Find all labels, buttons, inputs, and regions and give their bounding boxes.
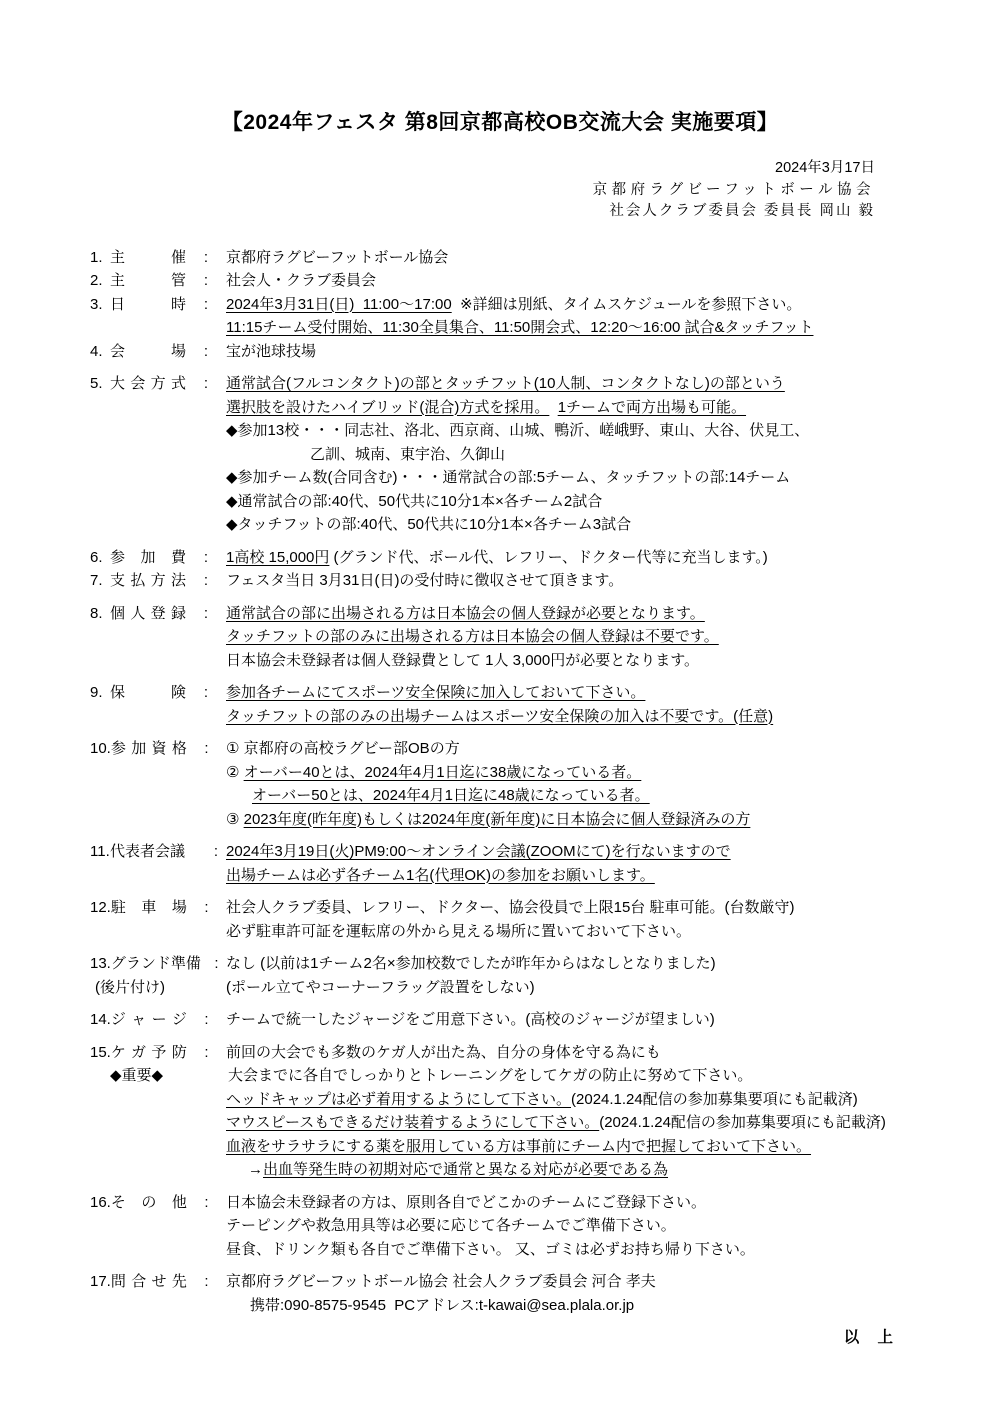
item-label: 会場 [110,340,186,364]
item-row: 2.主管:社会人・クラブ委員会 [90,269,960,293]
item-number: 13. [90,952,111,976]
item-line: なし (以前は1チーム2名×参加校数でしたが昨年からはなしとなりました) [226,952,960,976]
item-body: 通常試合(フルコンタクト)の部とタッチフット(10人制、コンタクトなし)の部とい… [226,372,960,537]
item-label: 代表者会議 [110,840,206,864]
text-segment: 携帯:090-8575-9545 PCアドレス:t-kawai@sea.plal… [250,1297,634,1314]
item-number: 12. [90,896,111,920]
item-heading: 17.問合せ先: [90,1270,226,1294]
item-heading: 1.主催: [90,246,226,270]
text-segment: ③ [226,811,244,828]
text-segment: 京都府ラグビーフットボール協会 社会人クラブ委員会 河合 孝夫 [226,1273,656,1290]
item-row: 17.問合せ先:京都府ラグビーフットボール協会 社会人クラブ委員会 河合 孝夫携… [90,1270,960,1317]
item-number: 14. [90,1008,111,1032]
item-line: タッチフットの部のみの出場チームはスポーツ安全保険の加入は不要です。(任意) [226,705,960,729]
item-number: 11. [90,840,110,864]
item-line: 11:15チーム受付開始、11:30全員集合、11:50開会式、12:20～16… [226,316,960,340]
item-line: 1高校 15,000円 (グランド代、ボール代、レフリー、ドクター代等に充当しま… [226,546,960,570]
item-label: 個人登録 [110,602,186,626]
item-line: 社会人・クラブ委員会 [226,269,960,293]
item-label: その他 [111,1191,187,1215]
document-header: 2024年3月17日 京都府ラグビーフットボール協会 社会人クラブ委員会 委員長… [0,158,1000,223]
text-segment: (グランド代、ボール代、レフリー、ドクター代等に充当します。) [329,549,767,566]
text-segment: 2024年3月19日(火)PM9:00～オンライン会議(ZOOMにて)を行ないま… [226,843,731,860]
item-number: 3. [90,293,110,317]
text-segment: 参加各チームにてスポーツ安全保険に加入しておいて下さい。 [226,684,645,701]
item-number: 2. [90,269,110,293]
item-label: ジャージ [111,1008,187,1032]
item-number: 17. [90,1270,111,1294]
item-colon: : [186,372,226,396]
item-row: 4.会場:宝が池球技場 [90,340,960,364]
item-label: 主管 [110,269,186,293]
item-line: オーバー50とは、2024年4月1日迄に48歳になっている者。 [226,784,960,808]
item-body: 2024年3月19日(火)PM9:00～オンライン会議(ZOOMにて)を行ないま… [226,840,960,887]
item-line: 乙訓、城南、東宇治、久御山 [226,443,960,467]
text-segment: 社会人・クラブ委員会 [226,272,376,289]
item-number: 6. [90,546,110,570]
item-left-column: 12.駐車場: [90,896,226,920]
item-colon: : [207,952,226,976]
items-list: 1.主催:京都府ラグビーフットボール協会2.主管:社会人・クラブ委員会3.日時:… [90,246,960,1318]
item-label: 問合せ先 [111,1270,187,1294]
text-segment: オーバー50とは、2024年4月1日迄に48歳になっている者。 [252,787,650,804]
item-colon: : [187,1191,226,1215]
item-line: 社会人クラブ委員、レフリー、ドクター、協会役員で上限15台 駐車可能。(台数厳守… [226,896,960,920]
text-segment: 前回の大会でも多数のケガ人が出た為、自分の身体を守る為にも [226,1044,661,1061]
item-number: 7. [90,569,110,593]
item-heading: 14.ジャージ: [90,1008,226,1032]
text-segment: 出場チームは必ず各チーム1名(代理OK)の参加をお願いします。 [226,867,655,884]
item-number: 8. [90,602,110,626]
item-heading: 3.日時: [90,293,226,317]
item-line: 選択肢を設けたハイブリッド(混合)方式を採用。 1チームで両方出場も可能。 [226,396,960,420]
item-row: 10.参加資格:① 京都府の高校ラグビー部OBの方② オーバー40とは、2024… [90,737,960,831]
text-segment: マウスピースもできるだけ装着するようにして下さい。 [226,1114,599,1131]
item-number: 9. [90,681,110,705]
text-segment: ① 京都府の高校ラグビー部OBの方 [226,740,460,757]
item-heading: 15.ケガ予防: [90,1041,226,1065]
item-heading: 16.その他: [90,1191,226,1215]
item-number: 10. [90,737,111,761]
item-row: 9.保険:参加各チームにてスポーツ安全保険に加入しておいて下さい。タッチフットの… [90,681,960,728]
item-heading: 13.グランド準備: [90,952,226,976]
text-segment: 1高校 15,000円 [226,549,329,566]
item-body: 社会人クラブ委員、レフリー、ドクター、協会役員で上限15台 駐車可能。(台数厳守… [226,896,960,943]
text-segment: 社会人クラブ委員、レフリー、ドクター、協会役員で上限15台 駐車可能。(台数厳守… [226,899,794,916]
item-body: 宝が池球技場 [226,340,960,364]
item-line: タッチフットの部のみに出場される方は日本協会の個人登録は不要です。 [226,625,960,649]
text-segment: (2024.1.24配信の参加募集要項にも記載済) [571,1091,858,1108]
text-segment: 必ず駐車許可証を運転席の外から見える場所に置いておいて下さい。 [226,923,691,940]
item-line: 昼食、ドリンク類も各自でご準備下さい。 又、ゴミは必ずお持ち帰り下さい。 [226,1238,960,1262]
item-line: 京都府ラグビーフットボール協会 社会人クラブ委員会 河合 孝夫 [226,1270,960,1294]
item-left-column: 6.参加費: [90,546,226,570]
item-line: ③ 2023年度(昨年度)もしくは2024年度(新年度)に日本協会に個人登録済み… [226,808,960,832]
item-line: 大会までに各自でしっかりとトレーニングをしてケガの防止に努めて下さい。 [226,1064,960,1088]
text-segment: 乙訓、城南、東宇治、久御山 [310,446,505,463]
item-line: 日本協会未登録者の方は、原則各自でどこかのチームにご登録下さい。 [226,1191,960,1215]
text-segment: 11:15チーム受付開始、11:30全員集合、11:50開会式、12:20～16… [226,319,813,336]
item-heading: 11.代表者会議: [90,840,226,864]
item-label: ケガ予防 [111,1041,187,1065]
item-body: 日本協会未登録者の方は、原則各自でどこかのチームにご登録下さい。テーピングや救急… [226,1191,960,1262]
item-sublabel: ◆重要◆ [90,1064,226,1088]
item-label: 支払方法 [110,569,186,593]
item-body: フェスタ当日 3月31日(日)の受付時に徴収させて頂きます。 [226,569,960,593]
item-row: 6.参加費:1高校 15,000円 (グランド代、ボール代、レフリー、ドクター代… [90,546,960,570]
item-row: 15.ケガ予防:◆重要◆前回の大会でも多数のケガ人が出た為、自分の身体を守る為に… [90,1041,960,1182]
item-left-column: 9.保険: [90,681,226,705]
header-organization: 京都府ラグビーフットボール協会 [0,180,875,202]
closing-mark: 以 上 [0,1325,1000,1347]
header-date: 2024年3月17日 [0,158,875,180]
item-left-column: 17.問合せ先: [90,1270,226,1294]
text-segment: なし (以前は1チーム2名×参加校数でしたが昨年からはなしとなりました) [226,955,716,972]
item-colon: : [206,840,226,864]
item-left-column: 11.代表者会議: [90,840,226,864]
item-line: 通常試合の部に出場される方は日本協会の個人登録が必要となります。 [226,602,960,626]
item-label: 駐車場 [111,896,187,920]
text-segment: 出血等発生時の初期対応で通常と異なる対応が必要である為 [263,1161,668,1178]
item-line: フェスタ当日 3月31日(日)の受付時に徴収させて頂きます。 [226,569,960,593]
item-colon: : [186,293,226,317]
item-colon: : [186,340,226,364]
item-left-column: 7.支払方法: [90,569,226,593]
item-label: グランド準備 [111,952,207,976]
item-line: 携帯:090-8575-9545 PCアドレス:t-kawai@sea.plal… [226,1294,960,1318]
item-line: 出場チームは必ず各チーム1名(代理OK)の参加をお願いします。 [226,864,960,888]
item-line: ◆参加13校・・・同志社、洛北、西京商、山城、鴨沂、嵯峨野、東山、大谷、伏見工、 [226,419,960,443]
text-segment: ◆タッチフットの部:40代、50代共に10分1本×各チーム3試合 [226,516,631,533]
item-line: 宝が池球技場 [226,340,960,364]
document-page: 【2024年フェスタ 第8回京都高校OB交流大会 実施要項】 2024年3月17… [0,0,1000,1414]
item-left-column: 2.主管: [90,269,226,293]
item-line: ① 京都府の高校ラグビー部OBの方 [226,737,960,761]
item-heading: 12.駐車場: [90,896,226,920]
text-segment: 京都府ラグビーフットボール協会 [226,249,448,266]
item-number: 15. [90,1041,111,1065]
item-row: 12.駐車場:社会人クラブ委員、レフリー、ドクター、協会役員で上限15台 駐車可… [90,896,960,943]
item-number: 1. [90,246,110,270]
item-heading: 10.参加資格: [90,737,226,761]
item-colon: : [186,681,226,705]
item-heading: 2.主管: [90,269,226,293]
text-segment: 通常試合の部に出場される方は日本協会の個人登録が必要となります。 [226,605,705,622]
text-segment: 宝が池球技場 [226,343,316,360]
text-segment: ◆通常試合の部:40代、50代共に10分1本×各チーム2試合 [226,493,602,510]
item-number: 16. [90,1191,111,1215]
item-left-column: 13.グランド準備:(後片付け) [90,952,226,999]
header-committee-chair: 社会人クラブ委員会 委員長 岡山 毅 [0,201,875,223]
item-left-column: 14.ジャージ: [90,1008,226,1032]
item-row: 14.ジャージ:チームで統一したジャージをご用意下さい。(高校のジャージが望まし… [90,1008,960,1032]
text-segment: タッチフットの部のみに出場される方は日本協会の個人登録は不要です。 [226,628,719,645]
item-left-column: 15.ケガ予防:◆重要◆ [90,1041,226,1088]
text-segment: 昼食、ドリンク類も各自でご準備下さい。 又、ゴミは必ずお持ち帰り下さい。 [226,1241,755,1258]
text-segment: → [248,1161,263,1178]
item-left-column: 3.日時: [90,293,226,317]
text-segment: フェスタ当日 3月31日(日)の受付時に徴収させて頂きます。 [226,572,623,589]
item-heading: 5.大会方式: [90,372,226,396]
text-segment: ◆参加13校・・・同志社、洛北、西京商、山城、鴨沂、嵯峨野、東山、大谷、伏見工、 [226,422,809,439]
item-label: 参加費 [110,546,186,570]
item-line: ◆参加チーム数(合同含む)・・・通常試合の部:5チーム、タッチフットの部:14チ… [226,466,960,490]
item-colon: : [187,896,226,920]
item-colon: : [186,546,226,570]
text-segment: 血液をサラサラにする薬を服用している方は事前にチーム内で把握しておいて下さい。 [226,1138,811,1155]
item-body: 通常試合の部に出場される方は日本協会の個人登録が必要となります。タッチフットの部… [226,602,960,673]
item-label: 参加資格 [111,737,187,761]
item-colon: : [186,602,226,626]
item-line: 前回の大会でも多数のケガ人が出た為、自分の身体を守る為にも [226,1041,960,1065]
item-body: 京都府ラグビーフットボール協会 社会人クラブ委員会 河合 孝夫携帯:090-85… [226,1270,960,1317]
item-left-column: 8.個人登録: [90,602,226,626]
item-heading: 9.保険: [90,681,226,705]
item-body: 1高校 15,000円 (グランド代、ボール代、レフリー、ドクター代等に充当しま… [226,546,960,570]
text-segment: タッチフットの部のみの出場チームはスポーツ安全保険の加入は不要です。(任意) [226,708,773,725]
text-segment [549,399,557,416]
item-line: ② オーバー40とは、2024年4月1日迄に38歳になっている者。 [226,761,960,785]
item-label: 日時 [110,293,186,317]
text-segment: ◆参加チーム数(合同含む)・・・通常試合の部:5チーム、タッチフットの部:14チ… [226,469,790,486]
item-row: 16.その他:日本協会未登録者の方は、原則各自でどこかのチームにご登録下さい。テ… [90,1191,960,1262]
item-number: 5. [90,372,110,396]
item-body: なし (以前は1チーム2名×参加校数でしたが昨年からはなしとなりました)(ポール… [226,952,960,999]
item-line: マウスピースもできるだけ装着するようにして下さい。(2024.1.24配信の参加… [226,1111,960,1135]
item-left-column: 4.会場: [90,340,226,364]
text-segment: 大会までに各自でしっかりとトレーニングをしてケガの防止に努めて下さい。 [228,1067,752,1084]
item-row: 8.個人登録:通常試合の部に出場される方は日本協会の個人登録が必要となります。タ… [90,602,960,673]
text-segment: 2024年3月31日(日) 11:00～17:00 [226,296,452,313]
item-heading: 6.参加費: [90,546,226,570]
item-colon: : [187,1008,226,1032]
item-colon: : [186,269,226,293]
item-left-column: 5.大会方式: [90,372,226,396]
text-segment: 1チームで両方出場も可能。 [558,399,746,416]
item-line: 通常試合(フルコンタクト)の部とタッチフット(10人制、コンタクトなし)の部とい… [226,372,960,396]
item-line: 2024年3月19日(火)PM9:00～オンライン会議(ZOOMにて)を行ないま… [226,840,960,864]
item-line: 日本協会未登録者は個人登録費として 1人 3,000円が必要となります。 [226,649,960,673]
item-line: 血液をサラサラにする薬を服用している方は事前にチーム内で把握しておいて下さい。 [226,1135,960,1159]
item-line: チームで統一したジャージをご用意下さい。(高校のジャージが望ましい) [226,1008,960,1032]
item-colon: : [187,737,226,761]
item-line: (ポール立てやコーナーフラッグ設置をしない) [226,976,960,1000]
item-colon: : [187,1041,226,1065]
item-row: 13.グランド準備:(後片付け)なし (以前は1チーム2名×参加校数でしたが昨年… [90,952,960,999]
item-label: 大会方式 [110,372,186,396]
item-colon: : [186,246,226,270]
item-body: ① 京都府の高校ラグビー部OBの方② オーバー40とは、2024年4月1日迄に3… [226,737,960,831]
document-title: 【2024年フェスタ 第8回京都高校OB交流大会 実施要項】 [0,0,1000,136]
item-line: ◆タッチフットの部:40代、50代共に10分1本×各チーム3試合 [226,513,960,537]
text-segment: 日本協会未登録者は個人登録費として 1人 3,000円が必要となります。 [226,652,699,669]
item-line: →出血等発生時の初期対応で通常と異なる対応が必要である為 [226,1158,960,1182]
item-body: 2024年3月31日(日) 11:00～17:00 ※詳細は別紙、タイムスケジュ… [226,293,960,340]
item-body: 社会人・クラブ委員会 [226,269,960,293]
item-line: 京都府ラグビーフットボール協会 [226,246,960,270]
text-segment: 日本協会未登録者の方は、原則各自でどこかのチームにご登録下さい。 [226,1194,706,1211]
item-body: 京都府ラグビーフットボール協会 [226,246,960,270]
item-line: ◆通常試合の部:40代、50代共に10分1本×各チーム2試合 [226,490,960,514]
item-colon: : [186,569,226,593]
item-number: 4. [90,340,110,364]
item-body: チームで統一したジャージをご用意下さい。(高校のジャージが望ましい) [226,1008,960,1032]
item-heading: 4.会場: [90,340,226,364]
item-line: ヘッドキャップは必ず着用するようにして下さい。(2024.1.24配信の参加募集… [226,1088,960,1112]
text-segment: チームで統一したジャージをご用意下さい。(高校のジャージが望ましい) [226,1011,715,1028]
item-row: 3.日時:2024年3月31日(日) 11:00～17:00 ※詳細は別紙、タイ… [90,293,960,340]
item-row: 1.主催:京都府ラグビーフットボール協会 [90,246,960,270]
text-segment: ② [226,764,244,781]
item-line: テーピングや救急用具等は必要に応じて各チームでご準備下さい。 [226,1214,960,1238]
text-segment: (2024.1.24配信の参加募集要項にも記載済) [599,1114,886,1131]
text-segment: (ポール立てやコーナーフラッグ設置をしない) [226,979,535,996]
item-left-column: 10.参加資格: [90,737,226,761]
text-segment: ※詳細は別紙、タイムスケジュールを参照下さい。 [452,296,802,313]
item-label: 主催 [110,246,186,270]
item-row: 11.代表者会議:2024年3月19日(火)PM9:00～オンライン会議(ZOO… [90,840,960,887]
item-colon: : [187,1270,226,1294]
item-heading: 7.支払方法: [90,569,226,593]
item-line: 2024年3月31日(日) 11:00～17:00 ※詳細は別紙、タイムスケジュ… [226,293,960,317]
text-segment: 通常試合(フルコンタクト)の部とタッチフット(10人制、コンタクトなし)の部とい… [226,375,785,392]
item-left-column: 16.その他: [90,1191,226,1215]
text-segment: ヘッドキャップは必ず着用するようにして下さい。 [226,1091,571,1108]
text-segment: オーバー40とは、2024年4月1日迄に38歳になっている者。 [244,764,642,781]
item-label: 保険 [110,681,186,705]
item-heading: 8.個人登録: [90,602,226,626]
item-body: 参加各チームにてスポーツ安全保険に加入しておいて下さい。タッチフットの部のみの出… [226,681,960,728]
text-segment: 2023年度(昨年度)もしくは2024年度(新年度)に日本協会に個人登録済みの方 [244,811,751,828]
item-line: 必ず駐車許可証を運転席の外から見える場所に置いておいて下さい。 [226,920,960,944]
item-body: 前回の大会でも多数のケガ人が出た為、自分の身体を守る為にも大会までに各自でしっか… [226,1041,960,1182]
item-line: 参加各チームにてスポーツ安全保険に加入しておいて下さい。 [226,681,960,705]
text-segment: テーピングや救急用具等は必要に応じて各チームでご準備下さい。 [226,1217,676,1234]
item-row: 5.大会方式:通常試合(フルコンタクト)の部とタッチフット(10人制、コンタクト… [90,372,960,537]
text-segment: 選択肢を設けたハイブリッド(混合)方式を採用。 [226,399,549,416]
item-row: 7.支払方法:フェスタ当日 3月31日(日)の受付時に徴収させて頂きます。 [90,569,960,593]
item-sublabel: (後片付け) [90,976,226,1000]
item-left-column: 1.主催: [90,246,226,270]
